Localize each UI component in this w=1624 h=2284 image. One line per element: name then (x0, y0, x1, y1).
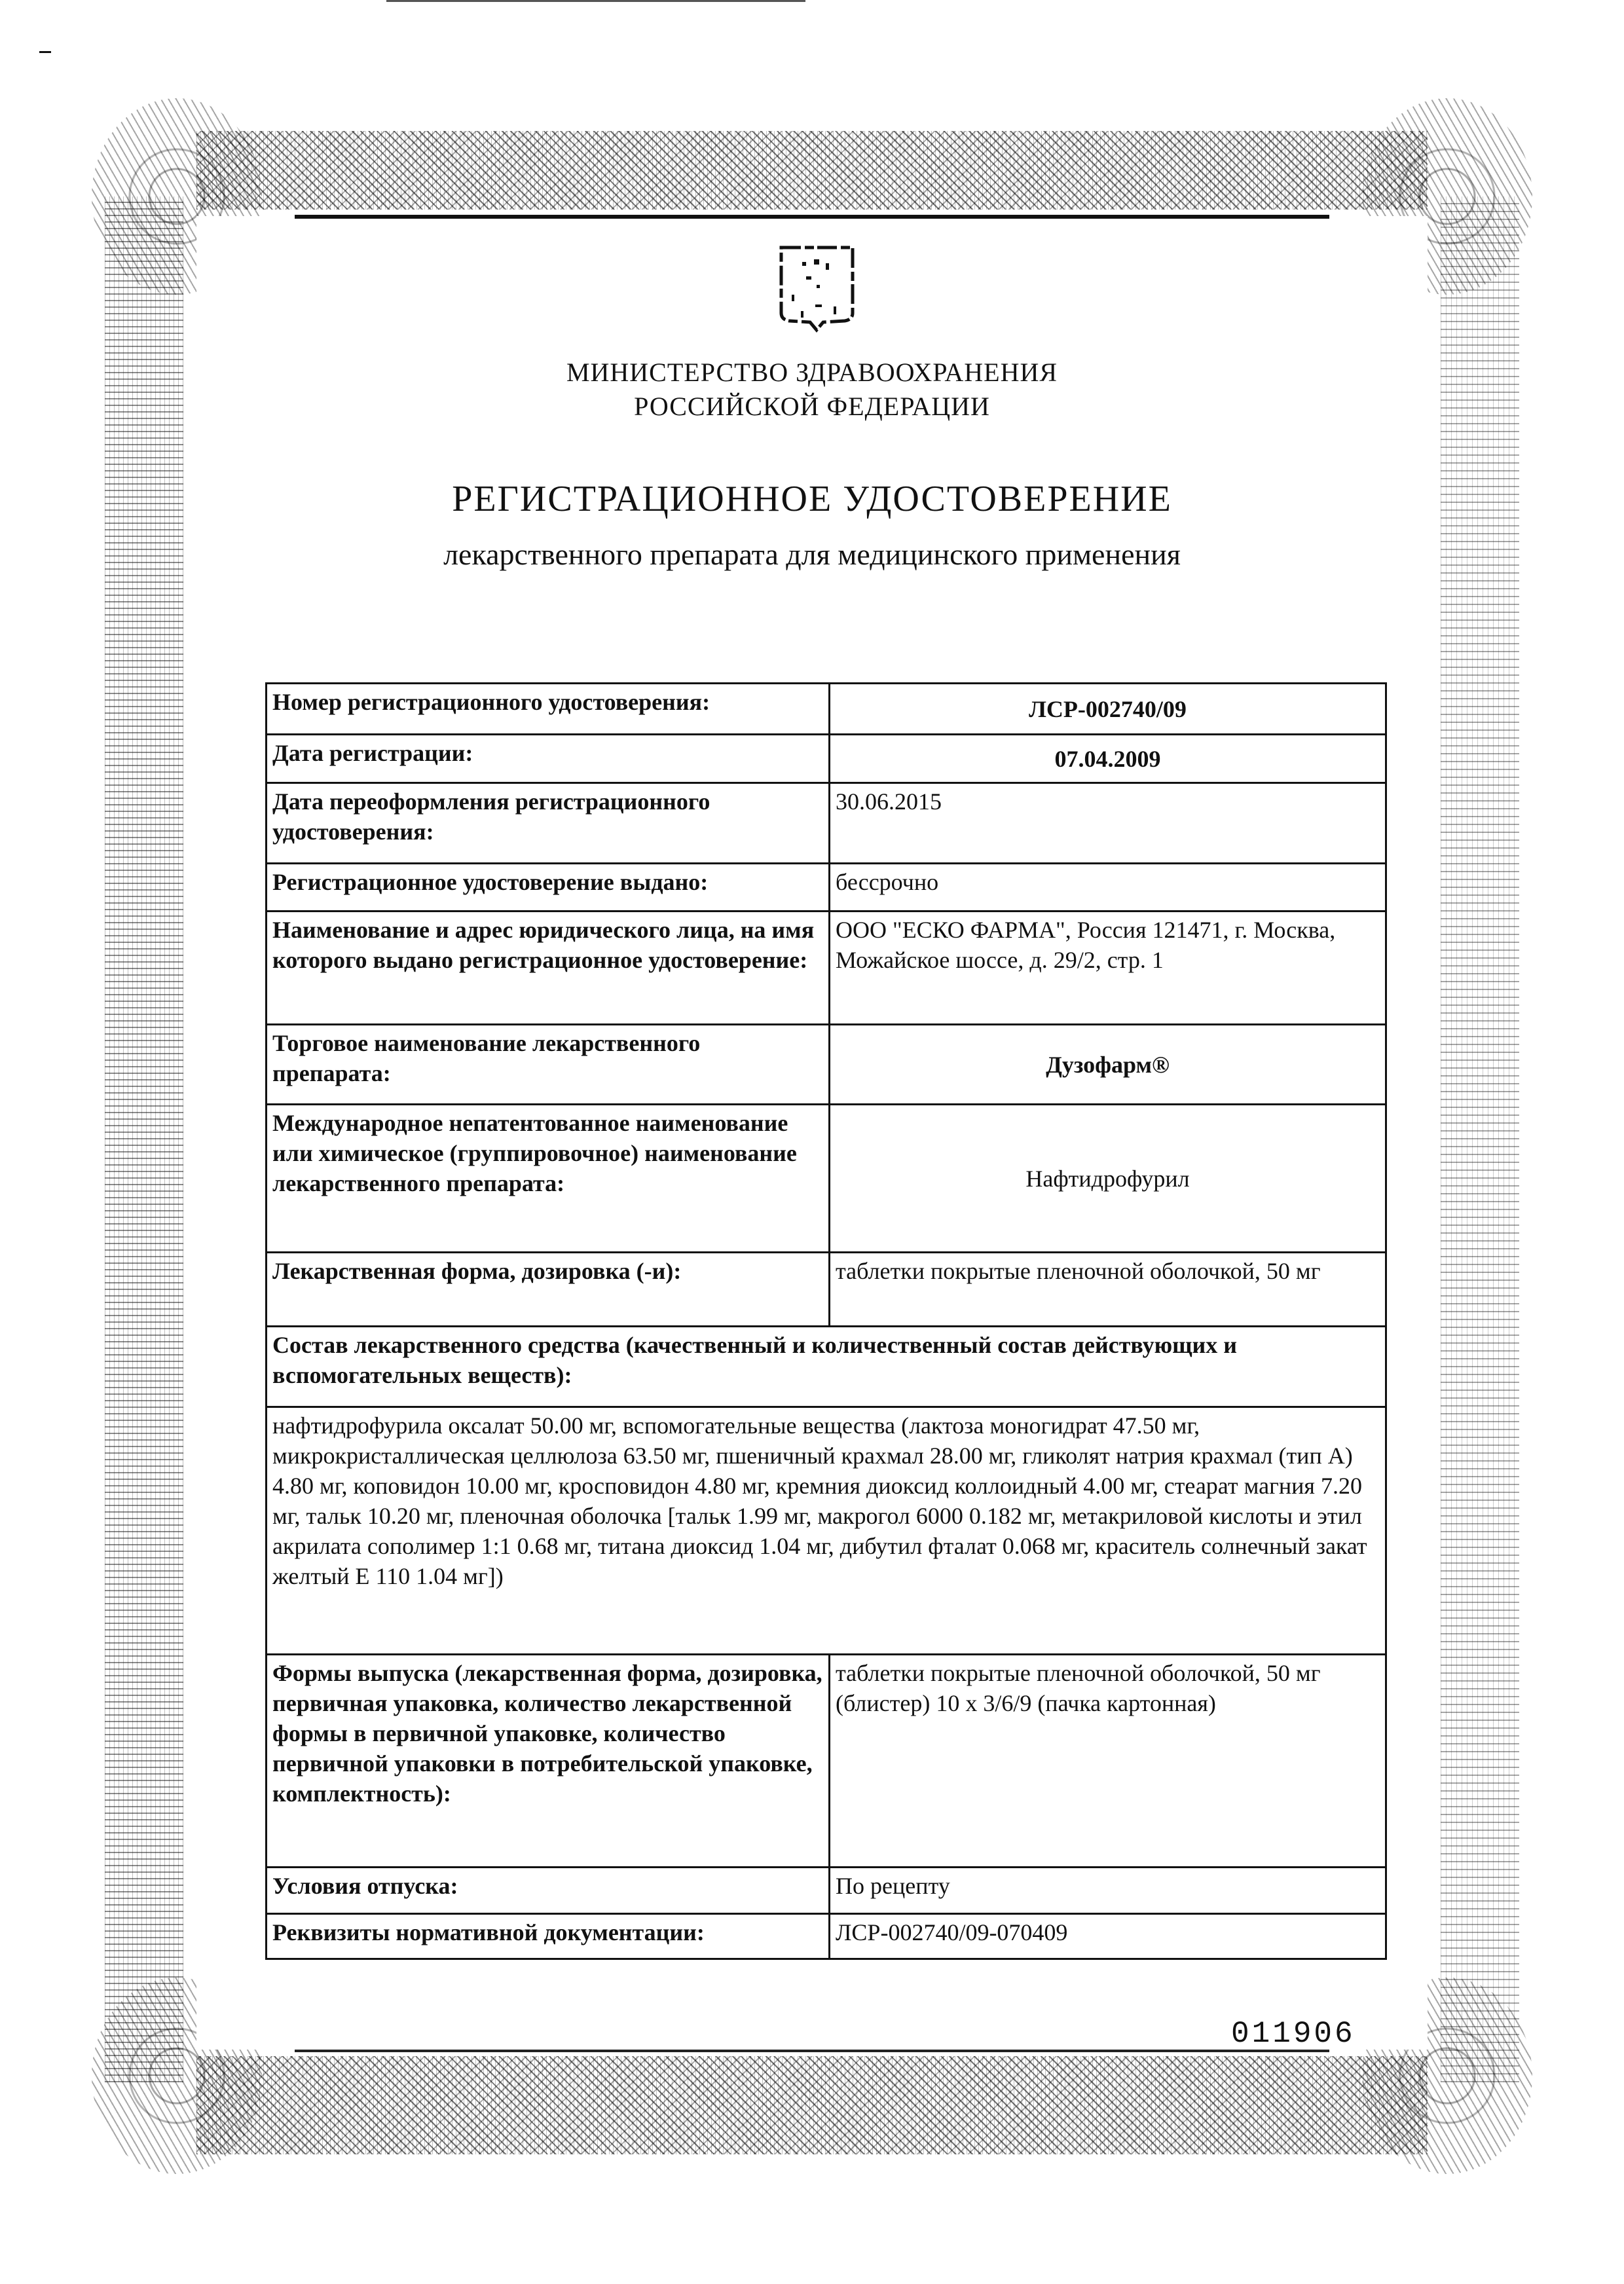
release-forms-value: таблетки покрытые пленочной оболочкой, 5… (830, 1655, 1386, 1868)
table-row-registration-date: Дата регистрации: 07.04.2009 (267, 735, 1386, 783)
table-row-release-forms: Формы выпуска (лекарственная форма, дози… (267, 1655, 1386, 1868)
serial-number: 011906 (1231, 2017, 1356, 2051)
frame-inner-rule-bottom (295, 2050, 1329, 2052)
document-subtitle: лекарственного препарата для медицинског… (0, 537, 1624, 572)
field-label: Регистрационное удостоверение выдано: (267, 864, 830, 912)
field-label: Условия отпуска: (267, 1868, 830, 1914)
table-row-dosage-form: Лекарственная форма, дозировка (-и): таб… (267, 1253, 1386, 1327)
table-row-composition-header: Состав лекарственного средства (качестве… (267, 1327, 1386, 1407)
table-row-composition-value: нафтидрофурила оксалат 50.00 мг, вспомог… (267, 1407, 1386, 1655)
table-row-dispensing: Условия отпуска: По рецепту (267, 1868, 1386, 1914)
registration-date-value: 07.04.2009 (830, 735, 1386, 783)
registration-table: Номер регистрационного удостоверения: ЛС… (265, 682, 1387, 1960)
field-label: Номер регистрационного удостоверения: (267, 684, 830, 735)
table-row-normative-doc: Реквизиты нормативной документации: ЛСР-… (267, 1914, 1386, 1959)
frame-inner-rule-top (295, 215, 1329, 219)
field-label: Дата переоформления регистрационного удо… (267, 783, 830, 864)
dosage-form-value: таблетки покрытые пленочной оболочкой, 5… (830, 1253, 1386, 1327)
trade-name-value: Дузофарм® (830, 1025, 1386, 1105)
ministry-name-line1: МИНИСТЕРСТВО ЗДРАВООХРАНЕНИЯ (0, 357, 1624, 388)
scan-artifact (39, 51, 51, 53)
document-title: РЕГИСТРАЦИОННОЕ УДОСТОВЕРЕНИЕ (0, 478, 1624, 520)
coat-of-arms-icon (776, 242, 858, 334)
normative-doc-value: ЛСР-002740/09-070409 (830, 1914, 1386, 1959)
dispensing-value: По рецепту (830, 1868, 1386, 1914)
scan-artifact (386, 0, 805, 2)
registration-number-value: ЛСР-002740/09 (830, 684, 1386, 735)
field-label: Формы выпуска (лекарственная форма, дози… (267, 1655, 830, 1868)
table-row-inn: Международное непатентованное наименован… (267, 1105, 1386, 1253)
validity-value: бессрочно (830, 864, 1386, 912)
guilloche-border-bottom (196, 2056, 1428, 2154)
field-label: Лекарственная форма, дозировка (-и): (267, 1253, 830, 1327)
field-label: Торговое наименование лекарственного пре… (267, 1025, 830, 1105)
reissue-date-value: 30.06.2015 (830, 783, 1386, 864)
inn-value: Нафтидрофурил (830, 1105, 1386, 1253)
holder-value: ООО "ЕСКО ФАРМА", Россия 121471, г. Моск… (830, 912, 1386, 1025)
table-row-trade-name: Торговое наименование лекарственного пре… (267, 1025, 1386, 1105)
field-label: Реквизиты нормативной документации: (267, 1914, 830, 1959)
field-label: Международное непатентованное наименован… (267, 1105, 830, 1253)
table-row-registration-number: Номер регистрационного удостоверения: ЛС… (267, 684, 1386, 735)
table-row-reissue-date: Дата переоформления регистрационного удо… (267, 783, 1386, 864)
composition-label: Состав лекарственного средства (качестве… (267, 1327, 1386, 1407)
field-label: Дата регистрации: (267, 735, 830, 783)
table-row-validity: Регистрационное удостоверение выдано: бе… (267, 864, 1386, 912)
field-label: Наименование и адрес юридического лица, … (267, 912, 830, 1025)
ministry-name-line2: РОССИЙСКОЙ ФЕДЕРАЦИИ (0, 391, 1624, 422)
table-row-holder: Наименование и адрес юридического лица, … (267, 912, 1386, 1025)
guilloche-border-top (196, 131, 1428, 210)
composition-value: нафтидрофурила оксалат 50.00 мг, вспомог… (267, 1407, 1386, 1655)
